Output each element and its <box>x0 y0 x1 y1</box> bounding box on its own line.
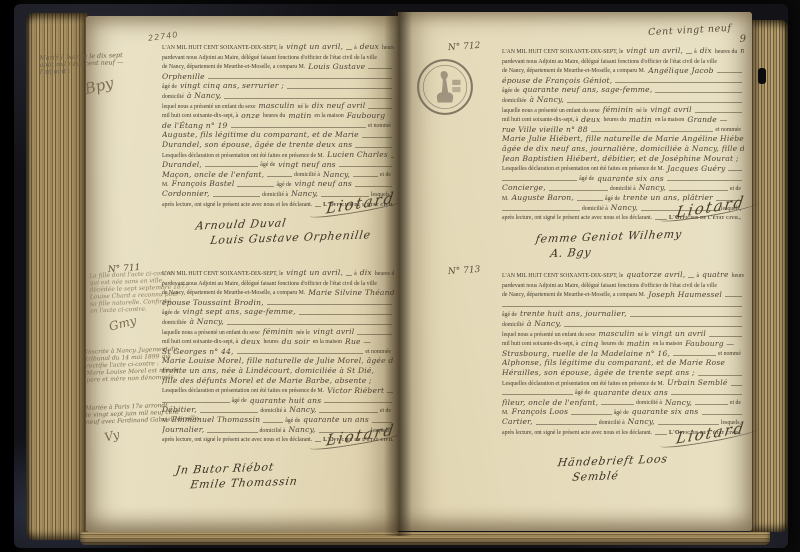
pencil-number: 22740 <box>148 30 179 43</box>
printed-text: à <box>696 273 699 280</box>
printed-text: après lecture, ont signé le présent acte… <box>162 437 312 444</box>
record-line: domiciliéà Nancy, <box>502 319 744 329</box>
handwritten-text: épouse Toussaint Brodin, <box>162 299 264 308</box>
printed-text: domicilié à <box>610 186 636 193</box>
rule-fill <box>688 275 694 278</box>
printed-text: et nommée <box>365 349 391 356</box>
rule-fill <box>630 314 742 317</box>
handwritten-text: Nancy, <box>289 406 316 415</box>
printed-text: heures du <box>715 49 737 56</box>
rule-fill <box>615 80 742 83</box>
rule-fill <box>208 76 392 79</box>
printed-text: pardevant nous Adjoint au Maire, délégué… <box>162 281 377 288</box>
handwritten-text: féminin <box>603 106 634 115</box>
signature: Semblé <box>571 468 619 485</box>
handwritten-text: Concierge, <box>502 184 546 193</box>
printed-text: âgée de <box>502 88 520 95</box>
record-text: L'AN MIL HUIT CENT SOIXANTE-DIX-SEPT, le… <box>502 270 744 437</box>
record-line: M.François Bastelâgé devingt neuf ans <box>162 179 394 189</box>
handwritten-text: onze <box>241 112 260 121</box>
record-line: laquelle nous a présenté un enfant du se… <box>162 327 394 337</box>
handwritten-text: quarante huit ans <box>250 397 322 406</box>
rule-fill <box>655 90 742 93</box>
printed-text: pardevant nous Adjoint au Maire, délégué… <box>502 59 717 66</box>
printed-text: domicilié à <box>294 172 320 179</box>
handwritten-text: Marie Julie Hiébert, fille naturelle de … <box>502 135 744 144</box>
printed-text: né le <box>636 108 647 115</box>
record-line: laquelle nous a présenté un enfant du se… <box>502 105 744 115</box>
rule-fill <box>667 178 742 181</box>
handwritten-text: Durandel, son épouse, âgée de trente deu… <box>162 141 352 150</box>
printed-text: heures du <box>604 117 626 124</box>
record-line: âgé devingt cinq ans, serrurier ; <box>162 81 394 91</box>
rule-fill <box>162 400 230 403</box>
rule-fill <box>319 410 377 413</box>
printed-text: en la maison <box>655 117 684 124</box>
printed-text: heures du <box>263 113 285 120</box>
record-line: Concierge,domicilié àNancy,et de <box>502 183 744 193</box>
handwritten-text: vingt sept ans, sage-femme, <box>183 308 296 317</box>
signature: Emile Thomassin <box>189 474 298 493</box>
rule-fill <box>315 204 321 207</box>
record-line: pardevant nous Adjoint au Maire, délégué… <box>162 52 394 62</box>
rule-fill <box>205 164 258 167</box>
handwritten-text: fileur, oncle de l'enfant, <box>502 399 598 408</box>
record-line: Durandel, son épouse, âgée de trente deu… <box>162 140 394 150</box>
folio-number-script: Cent vingt neuf <box>648 23 732 38</box>
printed-text: après lecture, ont signé le présent acte… <box>162 202 312 209</box>
handwritten-text: deux <box>241 338 260 347</box>
printed-text: domicilié à <box>636 400 662 407</box>
printed-text: domiciliée <box>162 320 186 327</box>
handwritten-text: St Georges n° 44, <box>162 348 234 357</box>
handwritten-text: masculin <box>599 330 635 339</box>
rule-fill <box>207 430 257 433</box>
printed-text: en la maison <box>313 339 342 346</box>
record-line: L'AN MIL HUIT CENT SOIXANTE-DIX-SEPT, le… <box>162 42 394 52</box>
printed-text: en la maison <box>653 341 682 348</box>
handwritten-text: vingt un avril, <box>286 43 343 52</box>
handwritten-text: Débitier, <box>162 406 197 415</box>
record-line: Lesquelles déclaration et présentation o… <box>162 150 394 160</box>
witness-signatures: Händebrieft LoosSemblé <box>558 448 745 484</box>
rule-fill <box>346 273 352 276</box>
left-page: 22740 Marié à Nancy le dix septaoût mil … <box>86 16 398 532</box>
printed-text: pardevant nous Adjoint au Maire, délégué… <box>502 283 717 290</box>
record-line: pardevant nous Adjoint au Maire, délégué… <box>502 280 744 290</box>
handwritten-text: Nancy, <box>291 190 318 199</box>
record-line: L'AN MIL HUIT CENT SOIXANTE-DIX-SEPT, le… <box>502 46 744 56</box>
rule-fill <box>227 322 392 325</box>
record-line: pardevant nous Adjoint au Maire, délégué… <box>502 56 744 66</box>
printed-text: après lecture, ont signé le présent acte… <box>502 430 652 437</box>
handwritten-text: trente huit ans, journalier, <box>520 310 627 319</box>
record-line: Maçon, oncle de l'enfant,domicilié àNanc… <box>162 169 394 179</box>
signature: Händebrieft Loos <box>557 451 669 470</box>
handwritten-text: quarante deux ans <box>593 389 668 398</box>
rule-fill <box>702 412 743 415</box>
record-line: de Nancy, département de Meurthe-et-Mose… <box>162 288 394 298</box>
handwritten-text: Nancy, <box>628 418 655 427</box>
printed-text: âgé de <box>162 84 177 91</box>
printed-text: né le <box>298 104 309 111</box>
printed-text: en la maison <box>314 113 343 120</box>
handwritten-text: dix neuf avril <box>312 102 366 111</box>
printed-text: et de <box>730 400 741 407</box>
printed-text: domicilié à <box>262 192 288 199</box>
handwritten-text: dix <box>360 269 372 278</box>
handwritten-text: Orphenille <box>162 73 205 82</box>
printed-text: mil huit cent soixante-dix-sept, à <box>502 117 578 124</box>
page-edges-bottom <box>80 532 770 545</box>
handwritten-text: à Nancy, <box>187 92 222 101</box>
handwritten-text: Emmanuel Thomassin <box>172 416 261 425</box>
record-line: âgée dequarante neuf ans, sage-femme, <box>502 85 744 95</box>
record-line: Auguste, fils légitime du comparant, et … <box>162 130 394 140</box>
printed-text: heures du <box>601 341 623 348</box>
record-line: Marie Louise Morel, fille naturelle de J… <box>162 356 394 366</box>
record-line: rue Ville vieille n° 88et nommée <box>502 124 744 134</box>
printed-text: âgé de <box>605 196 620 203</box>
handwritten-text: Nancy, <box>611 204 638 213</box>
handwritten-text: vingt un avril, <box>626 47 683 56</box>
printed-text: de Nancy, département de Meurthe-et-Mose… <box>502 68 645 75</box>
margin-note-signature: Bpy <box>83 73 116 98</box>
rule-fill <box>263 420 283 423</box>
margin-note-signature: Vy <box>103 427 121 444</box>
witness-signatures: femme Geniot WilhemyA. Bgy <box>536 225 745 262</box>
rule-fill <box>267 302 392 305</box>
handwritten-text: Nancy, <box>665 399 692 408</box>
printed-text: âgé de <box>575 390 590 397</box>
record-line: mil huit cent soixante-dix-sept, àdeuxhe… <box>162 337 394 347</box>
printed-text: L'AN MIL HUIT CENT SOIXANTE-DIX-SEPT, le <box>502 273 623 280</box>
printed-text: âgé de <box>276 182 291 189</box>
handwritten-text: matin <box>740 47 744 56</box>
handwritten-text: Lucien Charles <box>327 151 388 160</box>
rule-fill <box>709 334 742 337</box>
round-stamp <box>414 56 476 118</box>
rule-fill <box>368 106 392 109</box>
rule-fill <box>536 422 597 425</box>
rule-fill <box>567 100 742 103</box>
handwritten-text: à Nancy, <box>527 320 562 329</box>
handwritten-text: Marie Silvine Théandre <box>308 289 394 298</box>
handwritten-text: dix <box>700 47 712 56</box>
rule-fill <box>368 66 392 69</box>
record-line: de Nancy, département de Meurthe-et-Mose… <box>502 290 744 300</box>
rule-fill <box>669 188 728 191</box>
printed-text: heures du <box>732 273 744 280</box>
witness-signatures: Jn Butor RiébotEmile Thomassin <box>176 456 395 494</box>
record-text: L'AN MIL HUIT CENT SOIXANTE-DIX-SEPT, le… <box>162 42 394 209</box>
record-number: N° 712 <box>448 41 481 53</box>
handwritten-text: Journalier, <box>162 426 204 435</box>
record-line: fileur, oncle de l'enfant,domicilié àNan… <box>502 397 744 407</box>
handwritten-text: quarante neuf ans, sage-femme, <box>523 86 653 95</box>
handwritten-text: Faubourg — <box>685 340 734 349</box>
record-line: âgée de dix neuf ans, journalière, domic… <box>502 144 744 154</box>
witness-signatures: Arnould DuvalLouis Gustave Orphenille <box>196 211 395 248</box>
handwritten-text: Rue — <box>345 338 371 347</box>
printed-text: de Nancy, département de Meurthe-et-Mose… <box>502 292 645 299</box>
record-line: Débitier,domicilié àNancy,et de <box>162 405 394 415</box>
rule-fill <box>673 353 716 356</box>
rule-fill <box>601 402 634 405</box>
printed-text: âgé de <box>260 162 275 169</box>
handwritten-text: Victor Riébert <box>327 387 384 396</box>
handwritten-text: Angélique Jacob <box>648 67 714 76</box>
handwritten-text: rue Ville vieille n° 88 <box>502 126 588 135</box>
right-page: Cent vingt neuf 9 N° 712 L'AN MIL HUIT C… <box>398 12 752 531</box>
record-line: Hérailles, son épouse, âgée de trente se… <box>502 368 744 378</box>
rule-fill <box>549 188 608 191</box>
record-line: âgé dequarante huit ans <box>162 395 394 405</box>
record-line: domiciliéà Nancy, <box>162 91 394 101</box>
handwritten-text: à Nancy, <box>529 96 564 105</box>
signature: femme Geniot Wilhemy <box>535 227 683 247</box>
handwritten-text: Urbain Semblé <box>667 379 727 388</box>
rule-fill <box>267 174 292 177</box>
printed-text: et de <box>380 172 391 179</box>
handwritten-text: quarante six ans <box>632 408 699 417</box>
handwritten-text: vingt cinq ans, serrurier ; <box>180 82 284 91</box>
handwritten-text: François Loos <box>512 408 569 417</box>
record-line: L'AN MIL HUIT CENT SOIXANTE-DIX-SEPT, le… <box>162 268 394 278</box>
record-line: lequel nous a présenté un enfant du sexe… <box>502 329 744 339</box>
printed-text: Lesquelles déclaration et présentation o… <box>502 381 664 388</box>
rule-fill <box>391 155 394 158</box>
record-line <box>502 299 744 309</box>
record-line: Lesquelles déclaration et présentation o… <box>502 378 744 388</box>
record-line: L'AN MIL HUIT CENT SOIXANTE-DIX-SEPT, le… <box>502 270 744 280</box>
printed-text: pardevant nous Adjoint au Maire, délégué… <box>162 55 377 62</box>
rule-fill <box>387 390 393 393</box>
rule-fill <box>686 51 692 54</box>
handwritten-text: Louis Gustave <box>308 63 365 72</box>
record-line: de Nancy, département de Meurthe-et-Mose… <box>502 66 744 76</box>
birth-record-711: N° 711 L'AN MIL HUIT CENT SOIXANTE-DIX-S… <box>162 268 394 514</box>
handwritten-text: Jean Baptistien Hiébert, débitier, et de… <box>502 155 739 164</box>
rule-fill <box>339 164 392 167</box>
rule-fill <box>502 392 573 395</box>
handwritten-text: Hérailles, son épouse, âgée de trente se… <box>502 369 695 378</box>
rule-fill <box>571 412 612 415</box>
printed-text: âgé de <box>285 418 300 425</box>
record-line: Durandel,âgé devingt neuf ans <box>162 160 394 170</box>
birth-record-710: L'AN MIL HUIT CENT SOIXANTE-DIX-SEPT, le… <box>162 42 394 268</box>
handwritten-text: Durandel, <box>162 161 202 170</box>
record-number: N° 713 <box>448 265 481 277</box>
handwritten-text: âgée de dix neuf ans, journalière, domic… <box>502 145 744 154</box>
handwritten-text: masculin <box>259 102 295 111</box>
printed-text: de Nancy, département de Meurthe-et-Mose… <box>162 64 305 71</box>
rule-fill <box>324 400 392 403</box>
handwritten-text: quatre <box>702 271 729 280</box>
record-line: épouse de François Géniot, <box>502 75 744 85</box>
handwritten-text: Auguste Baron, <box>512 194 574 203</box>
record-line: St Georges n° 44,et nommée <box>162 346 394 356</box>
printed-text: heures <box>264 339 279 346</box>
record-line: Lesquelles déclaration et présentation o… <box>162 386 394 396</box>
printed-text: domicilié à <box>582 206 608 213</box>
rule-fill <box>213 194 261 197</box>
printed-text: à <box>354 45 357 52</box>
record-text: L'AN MIL HUIT CENT SOIXANTE-DIX-SEPT, le… <box>502 46 744 222</box>
registry-book: 22740 Marié à Nancy le dix septaoût mil … <box>14 4 788 548</box>
rule-fill <box>237 184 274 187</box>
record-line: trente un ans, née à Lindécourt, domicil… <box>162 366 394 376</box>
rule-fill <box>591 129 714 132</box>
handwritten-text: vingt neuf ans <box>294 180 352 189</box>
rule-fill <box>353 174 378 177</box>
printed-text: M. <box>162 182 169 189</box>
record-line: âgée devingt sept ans, sage-femme, <box>162 307 394 317</box>
handwritten-text: Cartier, <box>502 418 533 427</box>
record-line: Jean Baptistien Hiébert, débitier, et de… <box>502 154 744 164</box>
handwritten-text: Faubourg <box>347 112 386 121</box>
handwritten-text: vingt neuf ans <box>278 161 336 170</box>
printed-text: domicilié <box>502 322 524 329</box>
photo-background: 22740 Marié à Nancy le dix septaoût mil … <box>0 0 800 552</box>
printed-text: âgé de <box>579 176 594 183</box>
record-line: mil huit cent soixante-dix-sept, àcinqhe… <box>502 339 744 349</box>
printed-text: mil huit cent soixante-dix-sept, à <box>502 341 578 348</box>
margin-note-signature: Gmy <box>108 314 138 334</box>
record-line: âgé detrente huit ans, journalier, <box>502 309 744 319</box>
rule-fill <box>564 324 742 327</box>
handwritten-text: Jacques Guéry <box>667 165 725 174</box>
rule-fill <box>577 198 603 201</box>
record-line: de Nancy, département de Meurthe-et-Mose… <box>162 62 394 72</box>
printed-text: laquelle nous a présenté un enfant du se… <box>502 108 600 115</box>
record-line: lequel nous a présenté un enfant du sexe… <box>162 101 394 111</box>
handwritten-text: quarante un ans <box>303 416 369 425</box>
rule-fill <box>355 184 392 187</box>
printed-text: Lesquelles déclaration et présentation o… <box>162 153 324 160</box>
rule-fill <box>698 373 742 376</box>
handwritten-text: vingt avril <box>313 328 354 337</box>
rule-fill <box>695 110 742 113</box>
record-line: âgé dequarante six ans <box>502 173 744 183</box>
printed-text: Lesquelles déclaration et présentation o… <box>162 388 324 395</box>
printed-text: domicilié à <box>260 408 286 415</box>
rule-fill <box>355 145 392 148</box>
page-edges-right <box>750 20 788 532</box>
record-line: Alphonse, fils légitime du comparant, et… <box>502 358 744 368</box>
birth-record-712: N° 712 L'AN MIL HUIT CENT SOIXANTE-DIX-S… <box>502 46 744 272</box>
handwritten-text: Nancy, <box>288 426 315 435</box>
rule-fill <box>725 294 742 297</box>
birth-record-713: N° 713 L'AN MIL HUIT CENT SOIXANTE-DIX-S… <box>502 270 744 516</box>
record-line: M.Emmanuel Thomassinâgé dequarante un an… <box>162 415 394 425</box>
rule-fill <box>731 383 742 386</box>
handwritten-text: de l'Étang n° 19 <box>162 122 228 131</box>
rule-fill <box>695 402 728 405</box>
handwritten-text: épouse de François Géniot, <box>502 77 612 86</box>
printed-text: domicilié à <box>599 420 625 427</box>
handwritten-text: Strasbourg, ruelle de la Madelaine n° 16… <box>502 350 670 359</box>
printed-text: lequel nous a présenté un enfant du sexe <box>162 104 256 111</box>
printed-text: née le <box>296 330 310 337</box>
handwritten-text: deux <box>581 116 600 125</box>
handwritten-text: Alphonse, fils légitime du comparant, et… <box>502 359 725 368</box>
handwritten-text: François Bastel <box>172 180 235 189</box>
handwritten-text: vingt un avril, <box>286 269 343 278</box>
printed-text: M. <box>502 196 509 203</box>
rule-fill <box>346 47 352 50</box>
handwritten-text: féminin <box>263 328 294 337</box>
printed-text: à <box>694 49 697 56</box>
rule-fill <box>655 432 667 435</box>
record-text: L'AN MIL HUIT CENT SOIXANTE-DIX-SEPT, le… <box>162 268 394 444</box>
handwritten-text: à Nancy, <box>189 318 224 327</box>
rule-fill <box>224 96 392 99</box>
handwritten-text: vingt un avril <box>652 330 706 339</box>
printed-text: domiciliée <box>502 98 526 105</box>
record-line: âgé dequarante deux ans <box>502 388 744 398</box>
handwritten-text: matin <box>629 116 652 125</box>
printed-text: âgé de <box>502 312 517 319</box>
rule-fill <box>502 304 742 307</box>
record-line: Orphenille <box>162 71 394 81</box>
printed-text: mil huit cent soixante-dix-sept, à <box>162 339 238 346</box>
handwritten-text: quatorze avril, <box>626 271 685 280</box>
rule-fill <box>362 135 392 138</box>
record-line: domiciliéeà Nancy, <box>162 317 394 327</box>
rule-fill <box>231 125 366 128</box>
handwritten-text: quarante six ans <box>597 175 664 184</box>
printed-text: et nommé <box>368 123 391 130</box>
rule-fill <box>287 86 392 89</box>
printed-text: et nommée <box>715 127 741 134</box>
handwritten-text: matin <box>627 340 650 349</box>
handwritten-text: Maçon, oncle de l'enfant, <box>162 171 264 180</box>
rule-fill <box>357 332 392 335</box>
handwritten-text: cinq <box>581 340 598 349</box>
handwritten-text: deux <box>360 43 379 52</box>
rule-fill <box>728 168 742 171</box>
printed-text: M. <box>502 410 509 417</box>
record-line: de l'Étang n° 19et nommé <box>162 120 394 130</box>
rule-fill <box>502 208 580 211</box>
printed-text: M. <box>162 418 169 425</box>
printed-text: après lecture, ont signé le présent acte… <box>502 215 652 222</box>
printed-text: et de <box>730 186 741 193</box>
handwritten-text: Grande — <box>687 116 727 125</box>
record-line: M.François Loosâgé dequarante six ans <box>502 407 744 417</box>
rule-fill <box>200 410 258 413</box>
printed-text: à <box>354 271 357 278</box>
handwritten-text: fille des défunts Morel et de Marie Barb… <box>162 377 372 386</box>
record-line: Lesquelles déclaration et présentation o… <box>502 164 744 174</box>
printed-text: L'AN MIL HUIT CENT SOIXANTE-DIX-SEPT, le <box>502 49 623 56</box>
printed-text: L'AN MIL HUIT CENT SOIXANTE-DIX-SEPT, le <box>162 271 283 278</box>
rule-fill <box>237 351 364 354</box>
handwritten-text: Nancy, <box>323 171 350 180</box>
handwritten-text: trente un ans, née à Lindécourt, domicil… <box>162 367 374 376</box>
printed-text: mil huit cent soixante-dix-sept, à <box>162 113 238 120</box>
printed-text: Lesquelles déclaration et présentation o… <box>502 166 664 173</box>
cover-clasp <box>758 68 766 84</box>
handwritten-text: Nancy, <box>639 184 666 193</box>
handwritten-text: Auguste, fils légitime du comparant, et … <box>162 131 359 140</box>
handwritten-text: vingt avril <box>650 106 691 115</box>
printed-text: heures du <box>375 271 394 278</box>
rule-fill <box>671 392 742 395</box>
handwritten-text: Marie Louise Morel, fille naturelle de J… <box>162 357 394 366</box>
printed-text: de Nancy, département de Meurthe-et-Mose… <box>162 290 305 297</box>
